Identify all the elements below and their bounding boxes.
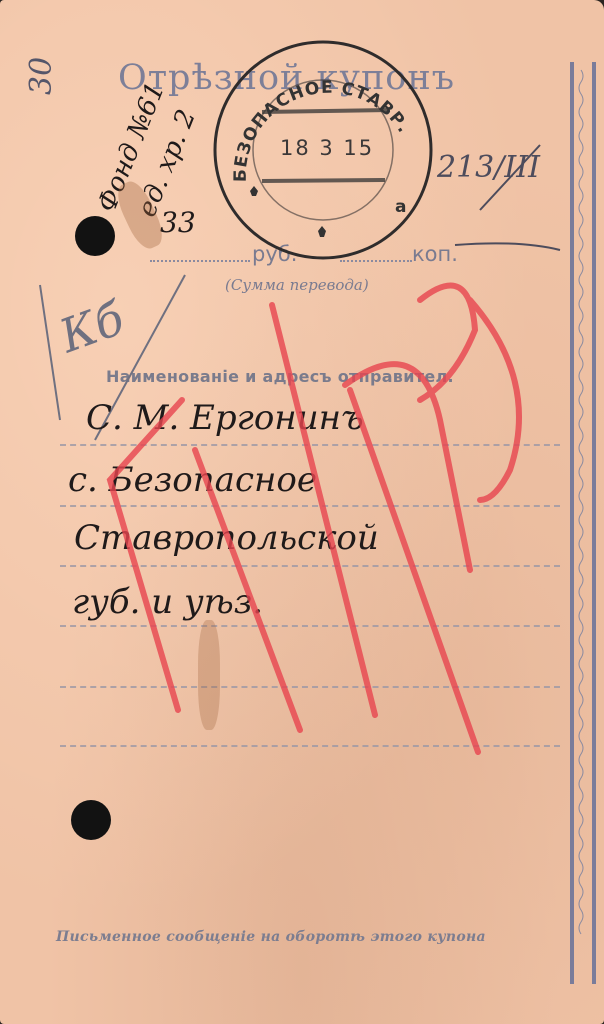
money-order-coupon: Отрѣзной купонъ руб. коп. (Сумма перевод… [0, 0, 604, 1024]
stain [198, 620, 220, 730]
red-pencil-mark [0, 0, 604, 1024]
